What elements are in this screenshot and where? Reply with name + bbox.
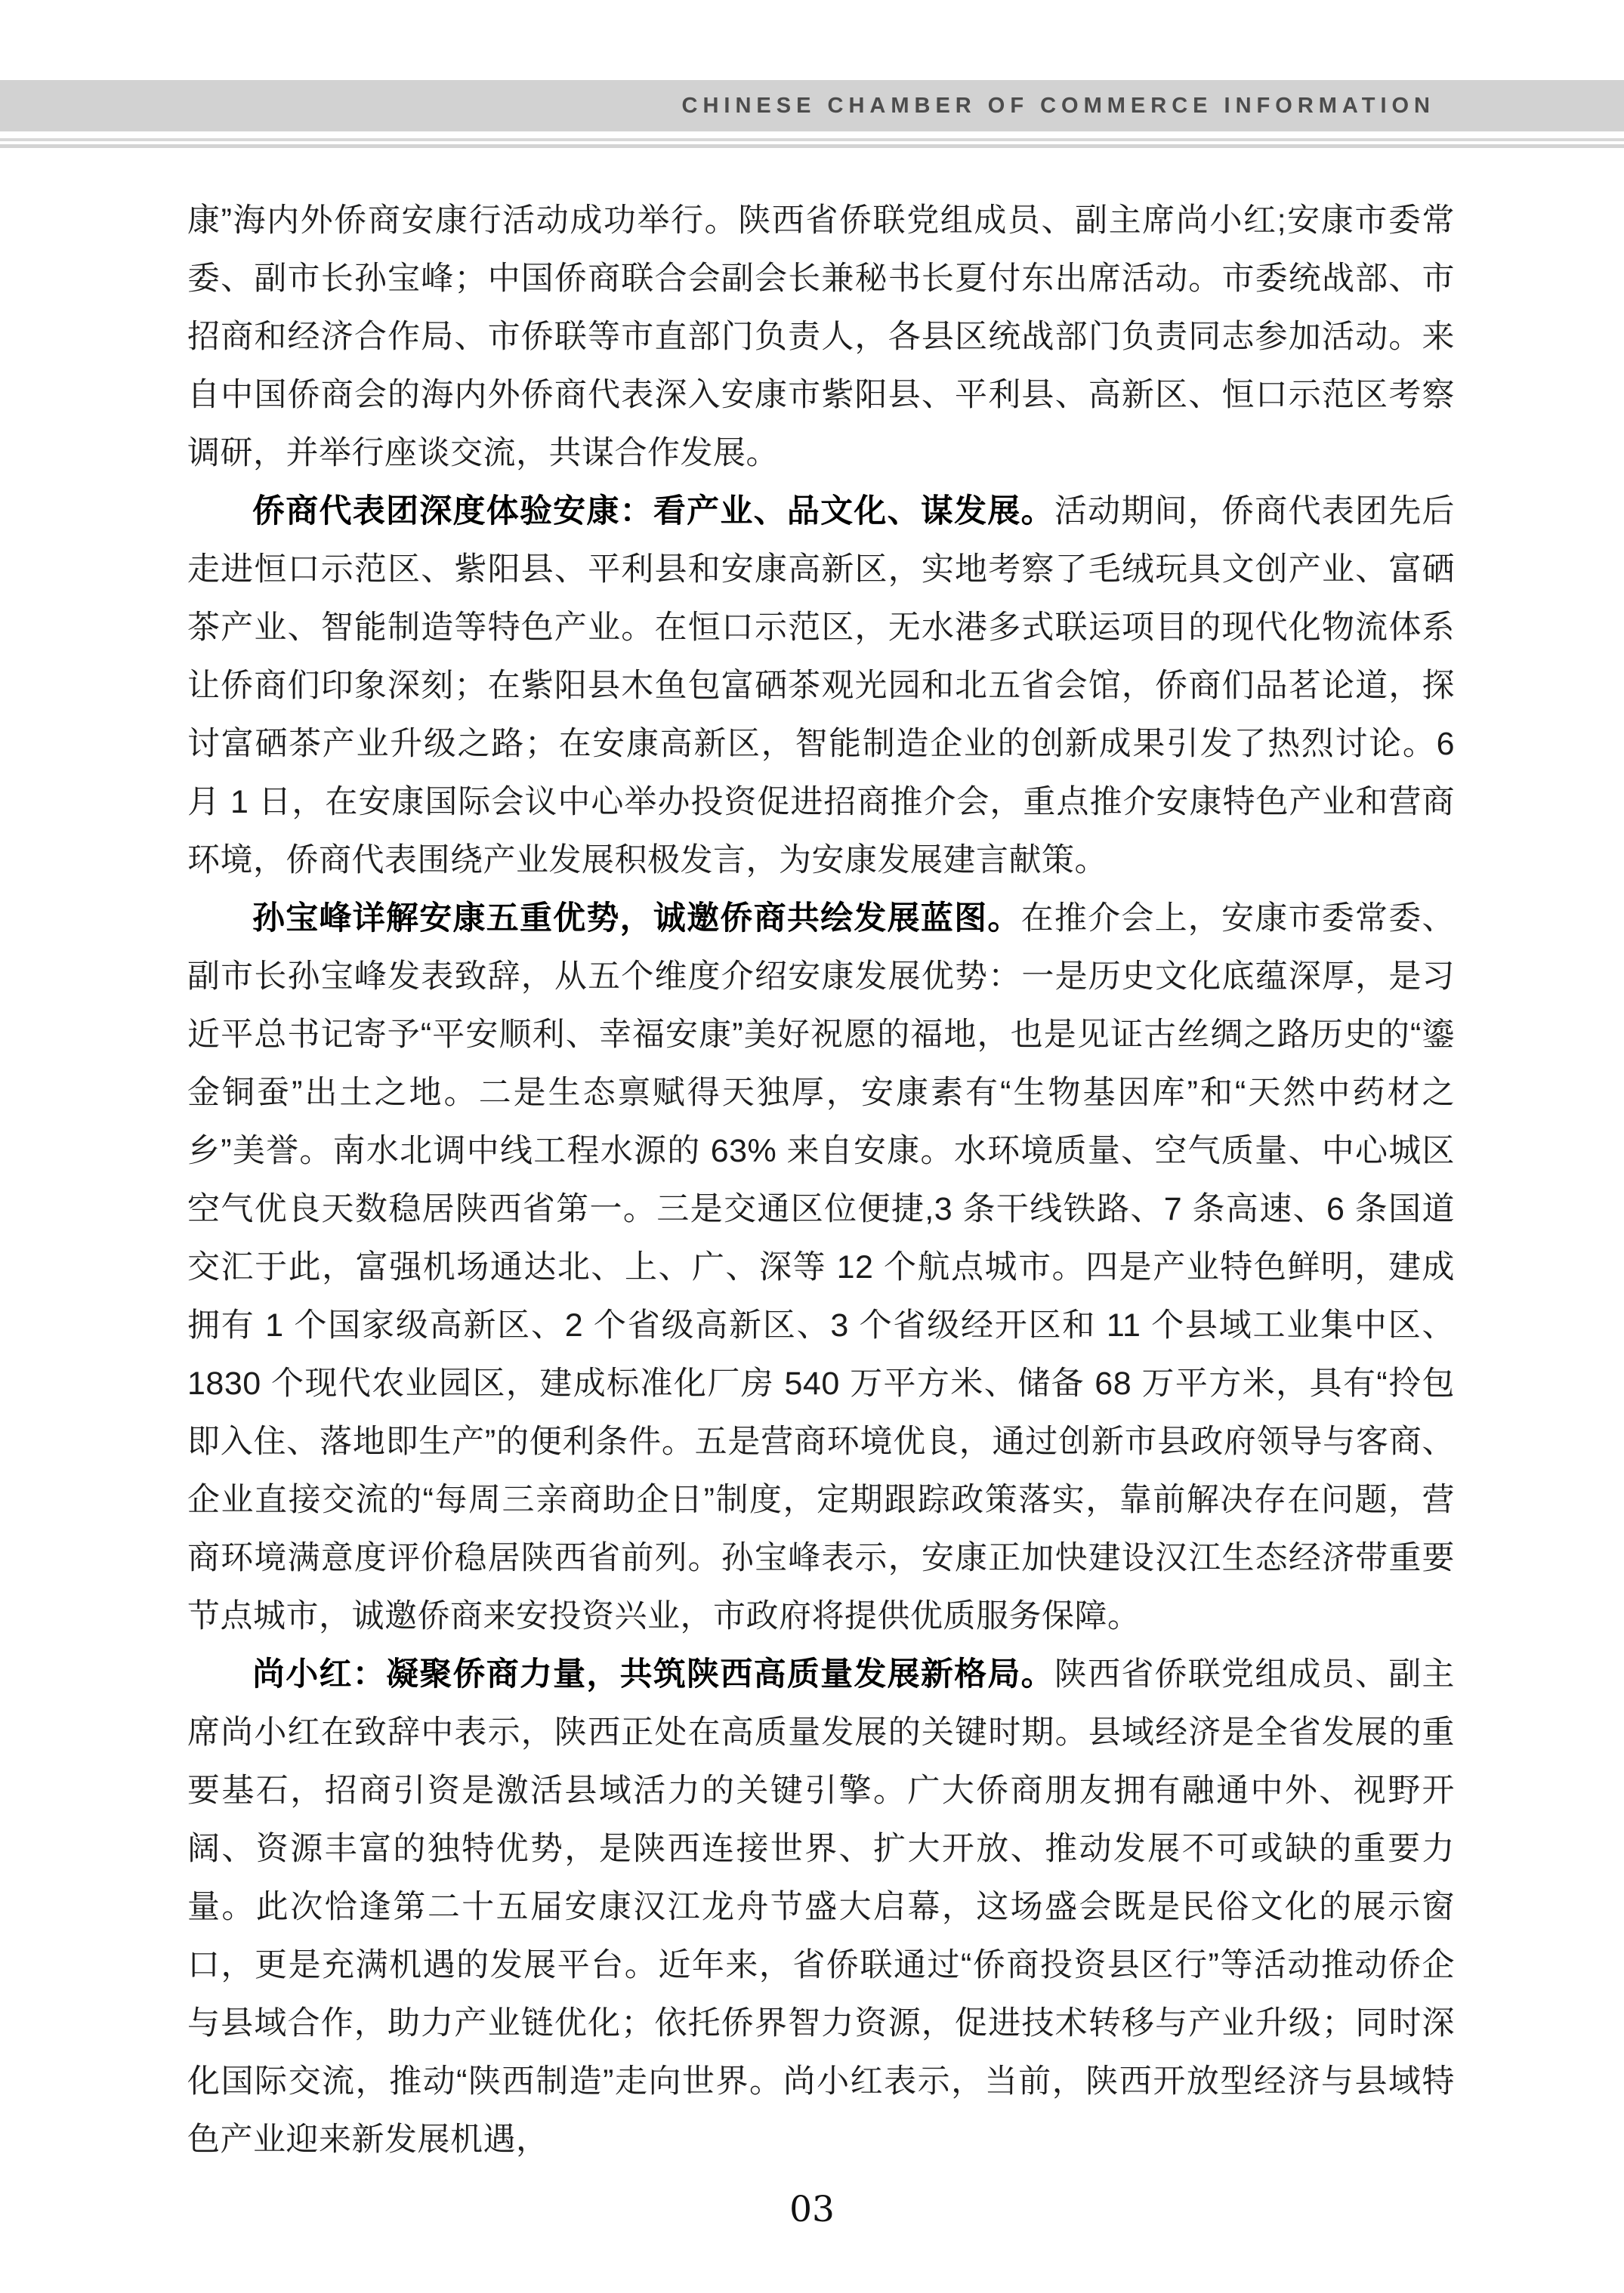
header-banner-text: CHINESE CHAMBER OF COMMERCE INFORMATION <box>682 94 1435 119</box>
header-divider-top <box>0 138 1624 141</box>
header-banner: CHINESE CHAMBER OF COMMERCE INFORMATION <box>0 80 1624 131</box>
paragraph-text: 活动期间，侨商代表团先后走进恒口示范区、紫阳县、平利县和安康高新区，实地考察了毛… <box>187 493 1455 878</box>
document-page: CHINESE CHAMBER OF COMMERCE INFORMATION … <box>0 0 1624 2293</box>
paragraph: 康”海内外侨商安康行活动成功举行。陕西省侨联党组成员、副主席尚小红;安康市委常委… <box>187 192 1455 483</box>
paragraph-lead: 侨商代表团深度体验安康：看产业、品文化、谋发展。 <box>252 493 1054 529</box>
paragraph-text: 陕西省侨联党组成员、副主席尚小红在致辞中表示，陕西正处在高质量发展的关键时期。县… <box>187 1656 1455 2158</box>
paragraph-text: 在推介会上，安康市委常委、副市长孙宝峰发表致辞，从五个维度介绍安康发展优势：一是… <box>187 900 1455 1634</box>
page-number: 03 <box>0 2189 1624 2230</box>
paragraph-lead: 孙宝峰详解安康五重优势，诚邀侨商共绘发展蓝图。 <box>252 900 1021 937</box>
header-divider-bottom <box>0 144 1624 148</box>
article-body: 康”海内外侨商安康行活动成功举行。陕西省侨联党组成员、副主席尚小红;安康市委常委… <box>187 192 1455 2169</box>
paragraph-text: 康”海内外侨商安康行活动成功举行。陕西省侨联党组成员、副主席尚小红;安康市委常委… <box>187 202 1455 471</box>
paragraph: 尚小红：凝聚侨商力量，共筑陕西高质量发展新格局。陕西省侨联党组成员、副主席尚小红… <box>187 1646 1455 2169</box>
paragraph: 孙宝峰详解安康五重优势，诚邀侨商共绘发展蓝图。在推介会上，安康市委常委、副市长孙… <box>187 890 1455 1646</box>
paragraph-lead: 尚小红：凝聚侨商力量，共筑陕西高质量发展新格局。 <box>252 1656 1054 1693</box>
paragraph: 侨商代表团深度体验安康：看产业、品文化、谋发展。活动期间，侨商代表团先后走进恒口… <box>187 483 1455 890</box>
